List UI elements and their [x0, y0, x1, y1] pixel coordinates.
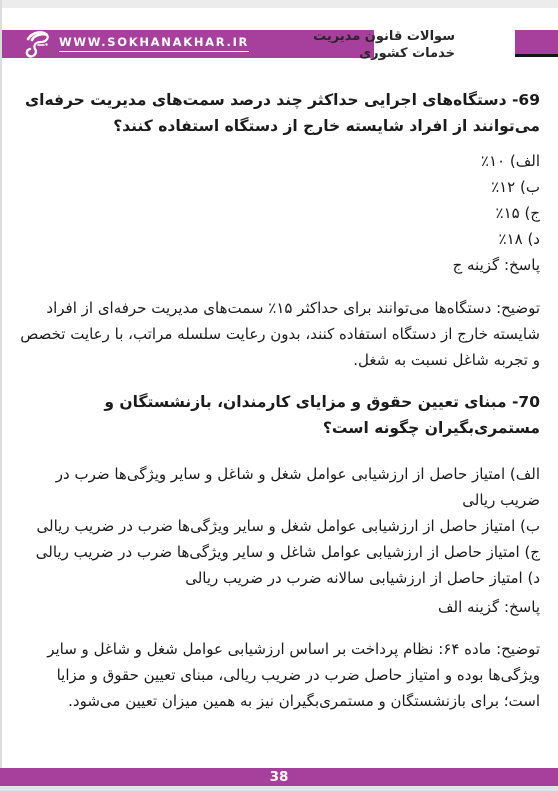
footer-bar: 38	[0, 768, 558, 786]
page-edge-bottom	[0, 786, 558, 791]
question-69-options: الف) ۱۰٪ ب) ۱۲٪ ج) ۱۵٪ د) ۱۸٪	[20, 148, 540, 252]
header-accent-block	[515, 30, 558, 57]
question-70-options: الف) امتیاز حاصل از ارزشیابی عوامل شغل و…	[20, 461, 540, 591]
page-edge-left	[0, 0, 2, 791]
question-69-title: 69- دستگاه‌های اجرایی حداکثر چند درصد سم…	[20, 87, 540, 139]
booklet-title-line2: خدمات کشوری	[313, 45, 455, 62]
question-69-option-d: د) ۱۸٪	[20, 226, 540, 252]
question-70-option-d: د) امتیاز حاصل از ارزشیابی سالانه ضرب در…	[20, 565, 540, 591]
header-booklet-title: سوالات قانون مدیریت خدمات کشوری	[313, 28, 455, 62]
question-69-option-a: الف) ۱۰٪	[20, 148, 540, 174]
question-70-title: 70- مبنای تعیین حقوق و مزایای کارمندان، …	[20, 389, 540, 441]
question-70-option-a: الف) امتیاز حاصل از ارزشیابی عوامل شغل و…	[20, 461, 540, 513]
booklet-title-line1: سوالات قانون مدیریت	[313, 28, 455, 45]
page-edge-top	[0, 0, 558, 8]
calligraphy-logo-icon	[24, 29, 50, 65]
question-70-answer: پاسخ: گزینه الف	[20, 594, 540, 620]
question-69-option-c: ج) ۱۵٪	[20, 200, 540, 226]
header-url-link[interactable]: WWW.SOKHANAKHAR.IR	[59, 37, 249, 52]
document-page: WWW.SOKHANAKHAR.IR سوالات قانون مدیریت خ…	[0, 0, 558, 791]
question-69-explanation: توضیح: دستگاه‌ها می‌توانند برای حداکثر ۱…	[20, 295, 540, 373]
question-70-explanation: توضیح: ماده ۶۴: نظام پرداخت بر اساس ارزش…	[20, 636, 540, 714]
question-69-option-b: ب) ۱۲٪	[20, 174, 540, 200]
question-70-option-c: ج) امتیاز حاصل از ارزشیابی عوامل شاغل و …	[20, 539, 540, 565]
question-70-option-b: ب) امتیاز حاصل از ارزشیابی عوامل شغل و س…	[20, 513, 540, 539]
question-69-answer: پاسخ: گزینه ج	[20, 252, 540, 278]
questions-content: 69- دستگاه‌های اجرایی حداکثر چند درصد سم…	[20, 74, 540, 714]
footer-page-number: 38	[270, 769, 289, 785]
